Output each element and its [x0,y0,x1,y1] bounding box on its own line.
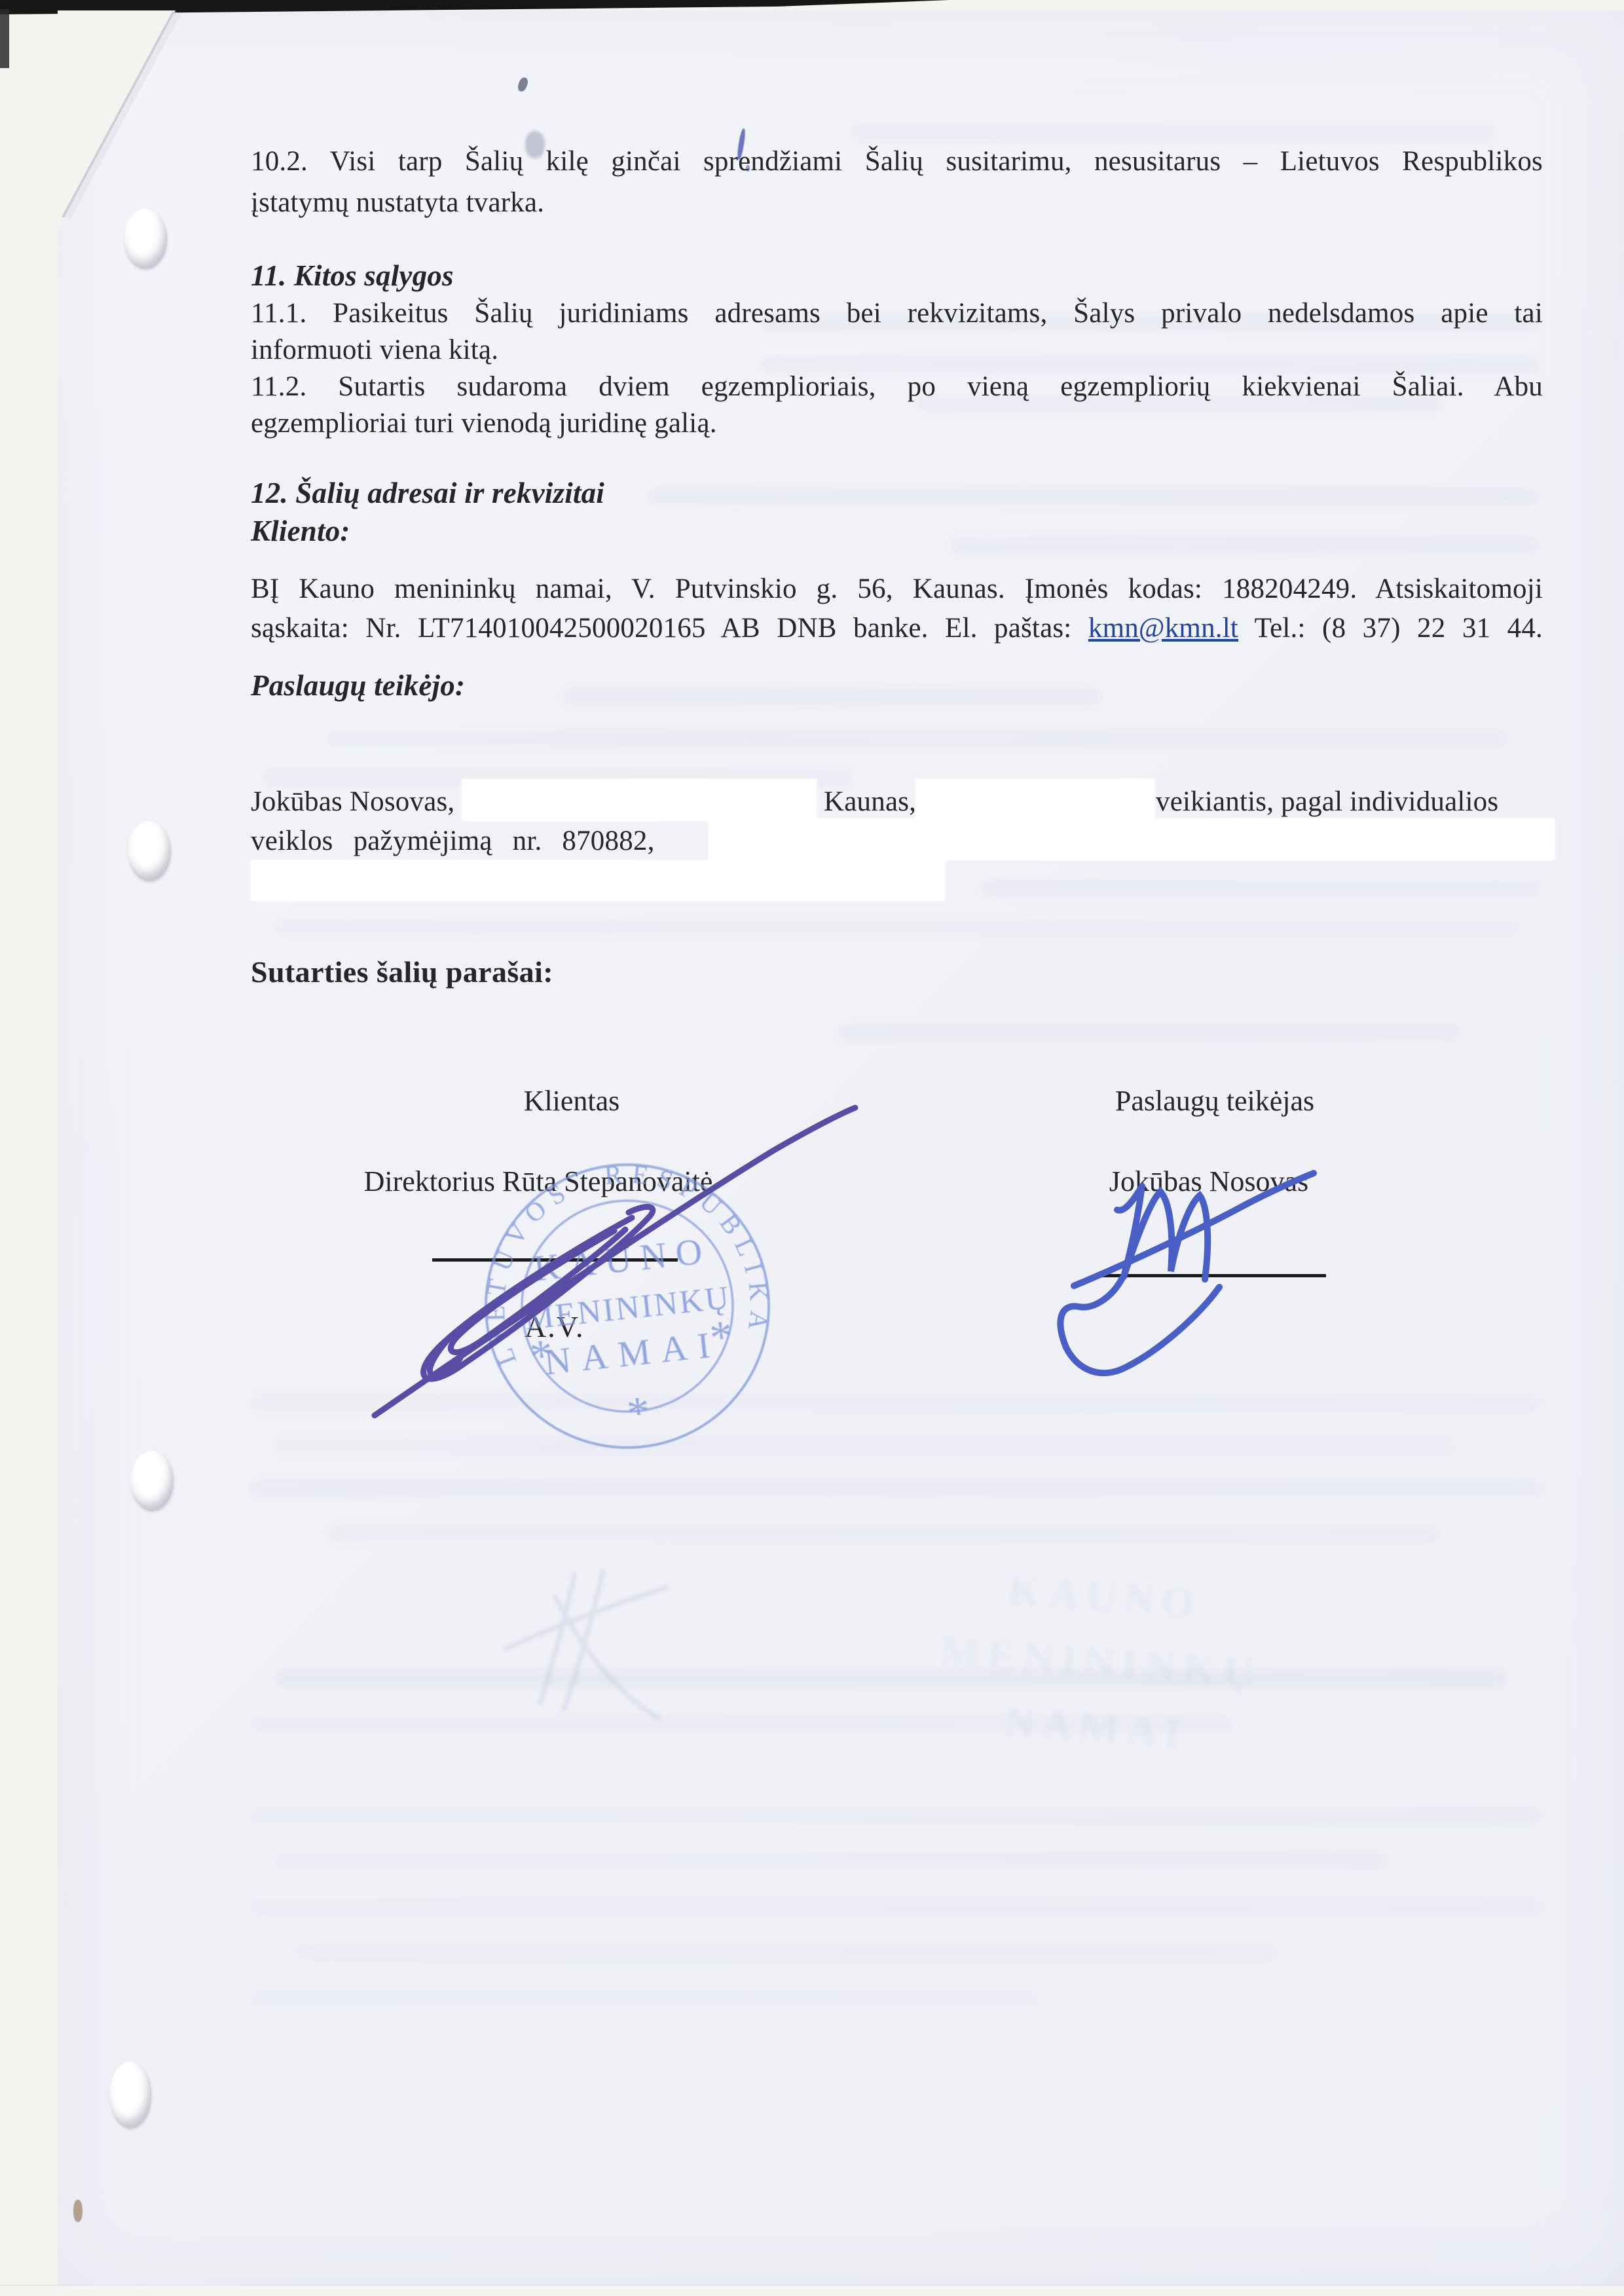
scanner-bottom-strip [0,2285,1624,2296]
client-signature-ink [375,1108,855,1415]
ghost-signature [503,1569,669,1719]
ink-signatures-layer [0,0,1624,2296]
provider-signature-ink [1060,1173,1314,1373]
scanned-contract-page: KAUNO MENININKŲ NAMAI 10.2. Visi tarp Ša… [0,0,1624,2296]
